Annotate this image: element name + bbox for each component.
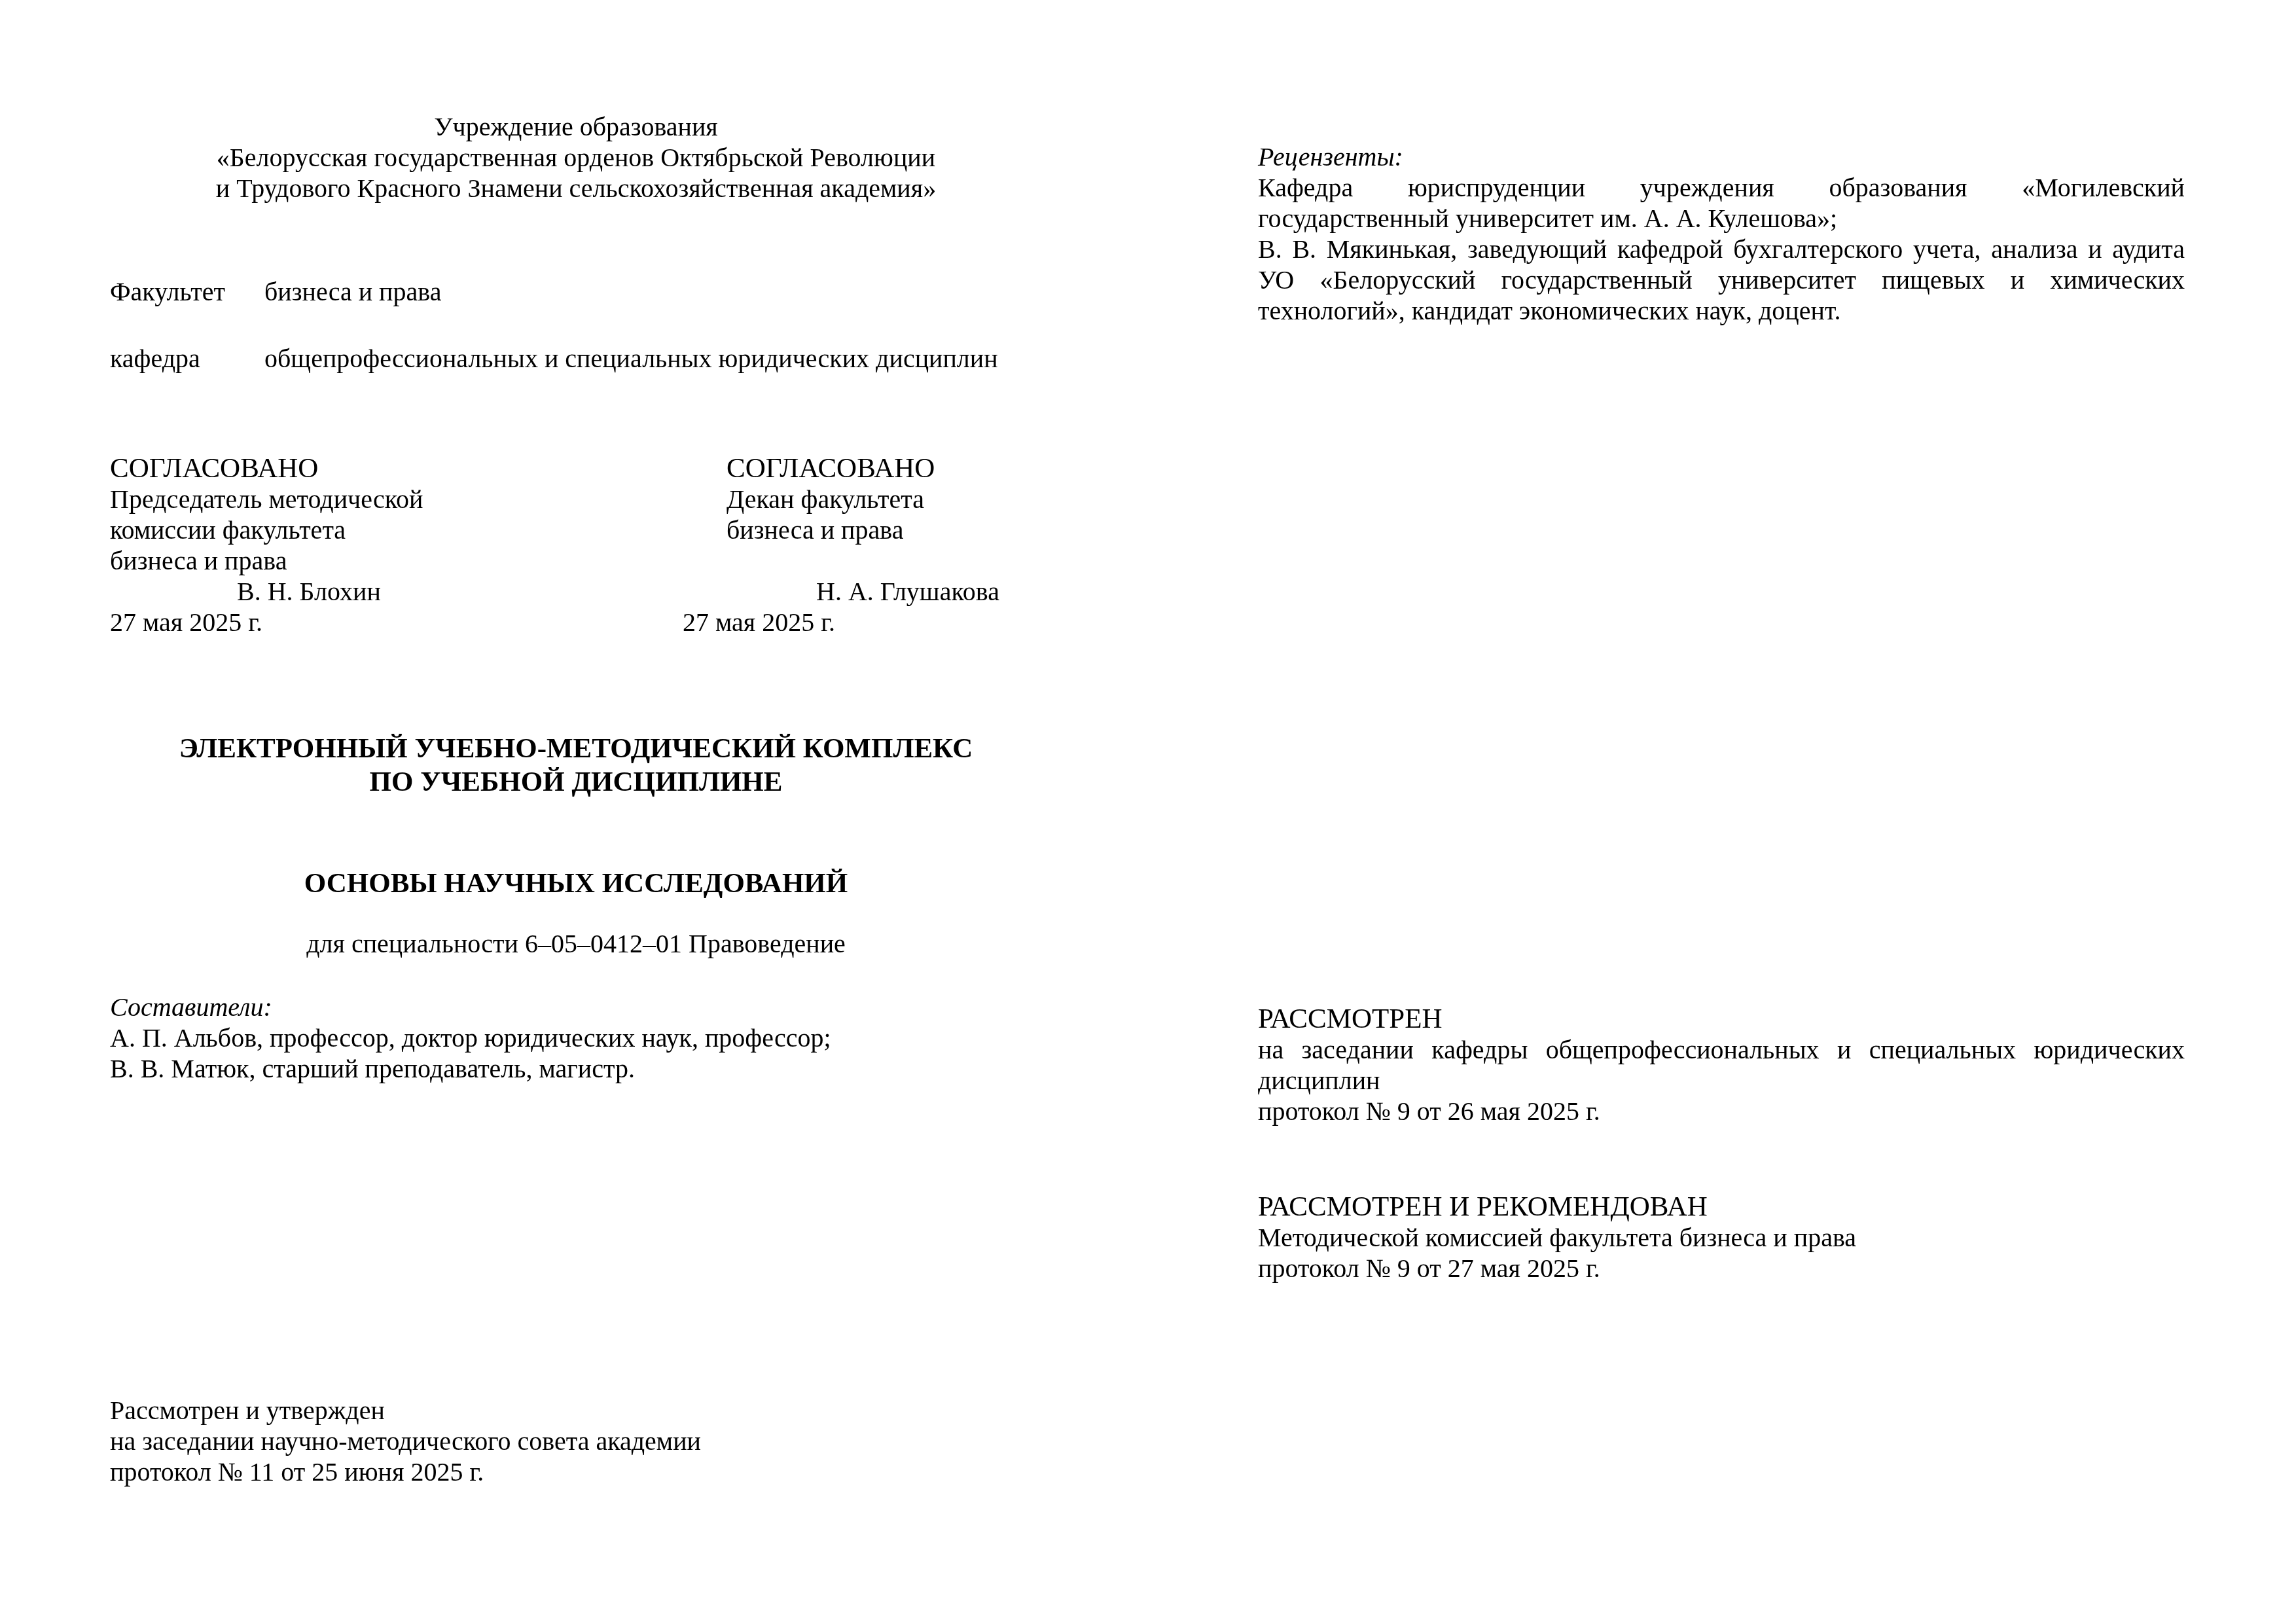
council-approval-line2: на заседании научно-методического совета…	[110, 1426, 701, 1456]
commission-review-line: Методической комиссией факультета бизнес…	[1258, 1222, 2185, 1253]
specialty-line: для специальности 6–05–0412–01 Правоведе…	[110, 928, 1042, 959]
discipline-title: ОСНОВЫ НАУЧНЫХ ИССЛЕДОВАНИЙ	[110, 867, 1042, 900]
department-label: кафедра	[110, 343, 264, 374]
approval-date: 27 мая 2025 г.	[683, 607, 999, 638]
compiler-item: В. В. Матюк, старший преподаватель, маги…	[110, 1053, 831, 1084]
faculty-value: бизнеса и права	[264, 277, 441, 306]
reviewer-line: УО «Белорусский государственный универси…	[1258, 264, 2185, 295]
commission-review-protocol: протокол № 9 от 27 мая 2025 г.	[1258, 1253, 2185, 1284]
document-title-line1: ЭЛЕКТРОННЫЙ УЧЕБНО-МЕТОДИЧЕСКИЙ КОМПЛЕКС	[110, 732, 1042, 765]
department-review-line: дисциплин	[1258, 1065, 2185, 1096]
faculty-label: Факультет	[110, 276, 264, 307]
approval-position-line: бизнеса и права	[110, 545, 423, 576]
department-review-protocol: протокол № 9 от 26 мая 2025 г.	[1258, 1096, 2185, 1127]
compilers-block: Составители: А. П. Альбов, профессор, до…	[110, 992, 831, 1084]
department-review-line: на заседании кафедры общепрофессиональны…	[1258, 1034, 2185, 1065]
reviewer-line: Кафедра юриспруденции учреждения образов…	[1258, 172, 2185, 203]
approval-signer: В. Н. Блохин	[110, 576, 423, 607]
commission-review-block: РАССМОТРЕН И РЕКОМЕНДОВАН Методической к…	[1258, 1191, 2185, 1284]
document-title-line2: ПО УЧЕБНОЙ ДИСЦИПЛИНЕ	[110, 765, 1042, 799]
council-approval-line1: Рассмотрен и утвержден	[110, 1395, 701, 1426]
institution-header: Учреждение образования «Белорусская госу…	[110, 111, 1042, 204]
commission-review-heading: РАССМОТРЕН И РЕКОМЕНДОВАН	[1258, 1191, 2185, 1222]
reviewers-heading: Рецензенты:	[1258, 141, 2185, 172]
approval-heading: СОГЛАСОВАНО	[726, 453, 999, 484]
approval-position-line: Председатель методической	[110, 484, 423, 514]
approval-date: 27 мая 2025 г.	[110, 607, 423, 638]
reviewer-line: технологий», кандидат экономических наук…	[1258, 295, 2185, 326]
blank-line	[726, 545, 999, 576]
approval-block-dean: СОГЛАСОВАНО Декан факультета бизнеса и п…	[726, 453, 999, 638]
approval-position-line: Декан факультета	[726, 484, 999, 514]
compiler-item: А. П. Альбов, профессор, доктор юридичес…	[110, 1022, 831, 1053]
compilers-heading: Составители:	[110, 992, 831, 1022]
institution-name-line2: и Трудового Красного Знамени сельскохозя…	[110, 173, 1042, 204]
council-approval-protocol: протокол № 11 от 25 июня 2025 г.	[110, 1456, 701, 1487]
department-row: кафедраобщепрофессиональных и специальны…	[110, 343, 998, 374]
academy-council-approval: Рассмотрен и утвержден на заседании науч…	[110, 1395, 701, 1487]
approval-signer: Н. А. Глушакова	[726, 576, 999, 607]
department-review-block: РАССМОТРЕН на заседании кафедры общепроф…	[1258, 1003, 2185, 1127]
reviewers-block: Рецензенты: Кафедра юриспруденции учрежд…	[1258, 141, 2185, 326]
approval-block-methodical-commission: СОГЛАСОВАНО Председатель методической ко…	[110, 453, 423, 638]
department-value: общепрофессиональных и специальных юриди…	[264, 344, 998, 373]
reviewer-line: государственный университет им. А. А. Ку…	[1258, 203, 2185, 234]
approval-position-line: комиссии факультета	[110, 514, 423, 545]
department-review-heading: РАССМОТРЕН	[1258, 1003, 2185, 1034]
reviewer-line: В. В. Мякинькая, заведующий кафедрой бух…	[1258, 234, 2185, 264]
faculty-row: Факультетбизнеса и права	[110, 276, 441, 307]
institution-name-line1: «Белорусская государственная орденов Окт…	[110, 142, 1042, 173]
institution-type: Учреждение образования	[110, 111, 1042, 142]
approval-heading: СОГЛАСОВАНО	[110, 453, 423, 484]
document-title: ЭЛЕКТРОННЫЙ УЧЕБНО-МЕТОДИЧЕСКИЙ КОМПЛЕКС…	[110, 732, 1042, 799]
approval-position-line: бизнеса и права	[726, 514, 999, 545]
